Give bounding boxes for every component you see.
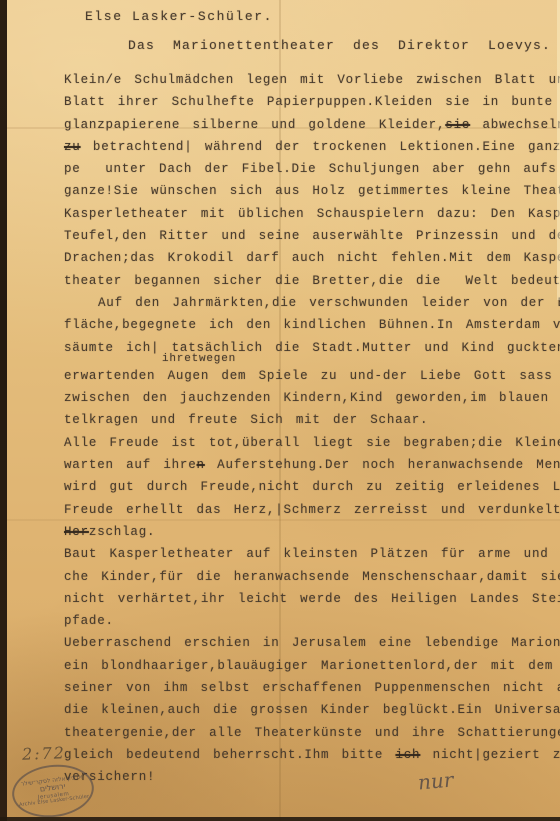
struck-text-segment: ich <box>395 748 420 762</box>
text-segment: theater begannen sicher die Bretter,die … <box>64 274 560 288</box>
text-segment: nicht verhärtet,ihr leicht werde des Hei… <box>64 592 560 606</box>
text-segment: zwischen den jauchzenden Kindern,Kind ge… <box>64 391 560 405</box>
text-segment: pfade. <box>64 614 114 628</box>
text-line: theatergenie,der alle Theaterkünste und … <box>64 722 560 744</box>
text-line: Baut Kasperletheater auf kleinsten Plätz… <box>64 543 560 565</box>
text-line: Herzschlag. <box>64 521 560 543</box>
struck-text-segment: Her <box>64 525 89 539</box>
text-segment: Freude erhellt das Herz,|Schmerz zerreis… <box>64 503 560 517</box>
struck-text-segment: zu <box>64 140 81 154</box>
typescript-lines: Klein/e Schulmädchen legen mit Vorliebe … <box>64 69 560 789</box>
struck-text-segment: n <box>197 458 205 472</box>
text-line: Ueberraschend erschien in Jerusalem eine… <box>64 632 560 654</box>
text-line: säumte ich| tatsächlich die Stadt.Mutter… <box>64 337 560 359</box>
text-segment: Drachen;das Krokodil darf auch nicht feh… <box>64 251 560 265</box>
text-segment: che Kinder,für die heranwachsende Mensch… <box>64 570 560 584</box>
text-segment: fläche,begegnete ich den kindlichen Bühn… <box>64 318 560 332</box>
text-segment: Klein/e Schulmädchen legen mit Vorliebe … <box>64 73 560 87</box>
text-line: pfade. <box>64 610 560 632</box>
text-segment: telkragen und freute Sich mit der Schaar… <box>64 413 428 427</box>
text-segment: ganze!Sie wünschen sich aus Holz getimme… <box>64 184 560 198</box>
text-line: Drachen;das Krokodil darf auch nicht feh… <box>64 247 560 269</box>
text-line: ganze!Sie wünschen sich aus Holz getimme… <box>64 180 560 202</box>
text-line: Klein/e Schulmädchen legen mit Vorliebe … <box>64 69 560 91</box>
text-line: warten auf ihren Auferstehung.Der noch h… <box>64 454 560 476</box>
text-line: seiner von ihm selbst erschaffenen Puppe… <box>64 677 560 699</box>
text-line: Kasperletheater mit üblichen Schauspiele… <box>64 203 560 225</box>
text-line: che Kinder,für die heranwachsende Mensch… <box>64 566 560 588</box>
text-line: die kleinen,auch die grossen Kinder begl… <box>64 699 560 721</box>
text-line: Auf den Jahrmärkten,die verschwunden lei… <box>64 292 560 314</box>
scan-edge-bottom <box>0 817 560 821</box>
text-segment: betrachtend| während der trockenen Lekti… <box>81 140 560 154</box>
text-line: fläche,begegnete ich den kindlichen Bühn… <box>64 314 560 336</box>
text-line: zu betrachtend| während der trockenen Le… <box>64 136 560 158</box>
text-line: wird gut durch Freude,nicht durch zu zei… <box>64 476 560 498</box>
text-line: glanzpapierene silberne und goldene Klei… <box>64 114 560 136</box>
scanned-typescript-page: Else Lasker-Schüler. Das Marionettenthea… <box>0 0 560 821</box>
text-line: Teufel,den Ritter und seine auserwählte … <box>64 225 560 247</box>
text-segment: die kleinen,auch die grossen Kinder begl… <box>64 703 560 717</box>
text-line: zwischen den jauchzenden Kindern,Kind ge… <box>64 387 560 409</box>
text-segment: Kasperletheater mit üblichen Schauspiele… <box>64 207 560 221</box>
document-title: Das Marionettentheater des Direktor Loev… <box>128 38 560 53</box>
text-segment: abwechselnd <box>470 118 560 132</box>
text-segment: Alle Freude ist tot,überall liegt sie be… <box>64 436 560 450</box>
text-segment: Baut Kasperletheater auf kleinsten Plätz… <box>64 547 560 561</box>
text-segment: pe unter Dach der Fibel.Die Schuljungen … <box>64 162 557 176</box>
text-segment: theatergenie,der alle Theaterkünste und … <box>64 726 560 740</box>
text-line: pe unter Dach der Fibel.Die Schuljungen … <box>64 158 560 180</box>
text-segment: erwartenden Augen dem Spiele zu und-der … <box>64 369 560 383</box>
text-line: telkragen und freute Sich mit der Schaar… <box>64 409 560 431</box>
text-line: versichern! <box>64 766 560 788</box>
text-line: nicht verhärtet,ihr leicht werde des Hei… <box>64 588 560 610</box>
handwritten-correction: nur <box>417 768 454 795</box>
text-segment: ein blondhaariger,blauäugiger Marionette… <box>64 659 560 673</box>
text-segment: Blatt ihrer Schulhefte Papierpuppen.Klei… <box>64 95 553 109</box>
text-segment: Auferstehung.Der noch heranwachsende Men… <box>205 458 560 472</box>
text-segment: säumte ich| tatsächlich die Stadt.Mutter… <box>64 341 560 355</box>
text-line: erwartenden Augen dem Spiele zu und-der … <box>64 365 560 387</box>
text-segment: seiner von ihm selbst erschaffenen Puppe… <box>64 681 560 695</box>
struck-text-segment: sie <box>445 118 470 132</box>
text-segment: wird gut durch Freude,nicht durch zu zei… <box>64 480 560 494</box>
text-segment: zschlag. <box>89 525 155 539</box>
text-segment: nicht|geziert zu <box>420 748 560 762</box>
text-line: gleich bedeutend beherrscht.Ihm bitte ic… <box>64 744 560 766</box>
text-line: ein blondhaariger,blauäugiger Marionette… <box>64 655 560 677</box>
text-segment: Teufel,den Ritter und seine auserwählte … <box>64 229 560 243</box>
scan-edge-left <box>0 0 7 821</box>
catalog-number-note: 2:72 <box>22 743 67 764</box>
text-line: Alle Freude ist tot,überall liegt sie be… <box>64 432 560 454</box>
text-line: theater begannen sicher die Bretter,die … <box>64 270 560 292</box>
author-line: Else Lasker-Schüler. <box>85 9 560 24</box>
typescript-text-block: Else Lasker-Schüler. Das Marionettenthea… <box>0 0 560 789</box>
text-line: Blatt ihrer Schulhefte Papierpuppen.Klei… <box>64 91 560 113</box>
text-segment: Auf den Jahrmärkten,die verschwunden lei… <box>98 296 560 310</box>
text-segment: gleich bedeutend beherrscht.Ihm bitte <box>64 748 395 762</box>
text-segment: Ueberraschend erschien in Jerusalem eine… <box>64 636 560 650</box>
text-segment: ihretwegen <box>162 353 236 365</box>
text-segment: warten auf ihre <box>64 458 197 472</box>
text-line: Freude erhellt das Herz,|Schmerz zerreis… <box>64 499 560 521</box>
text-segment: glanzpapierene silberne und goldene Klei… <box>64 118 445 132</box>
